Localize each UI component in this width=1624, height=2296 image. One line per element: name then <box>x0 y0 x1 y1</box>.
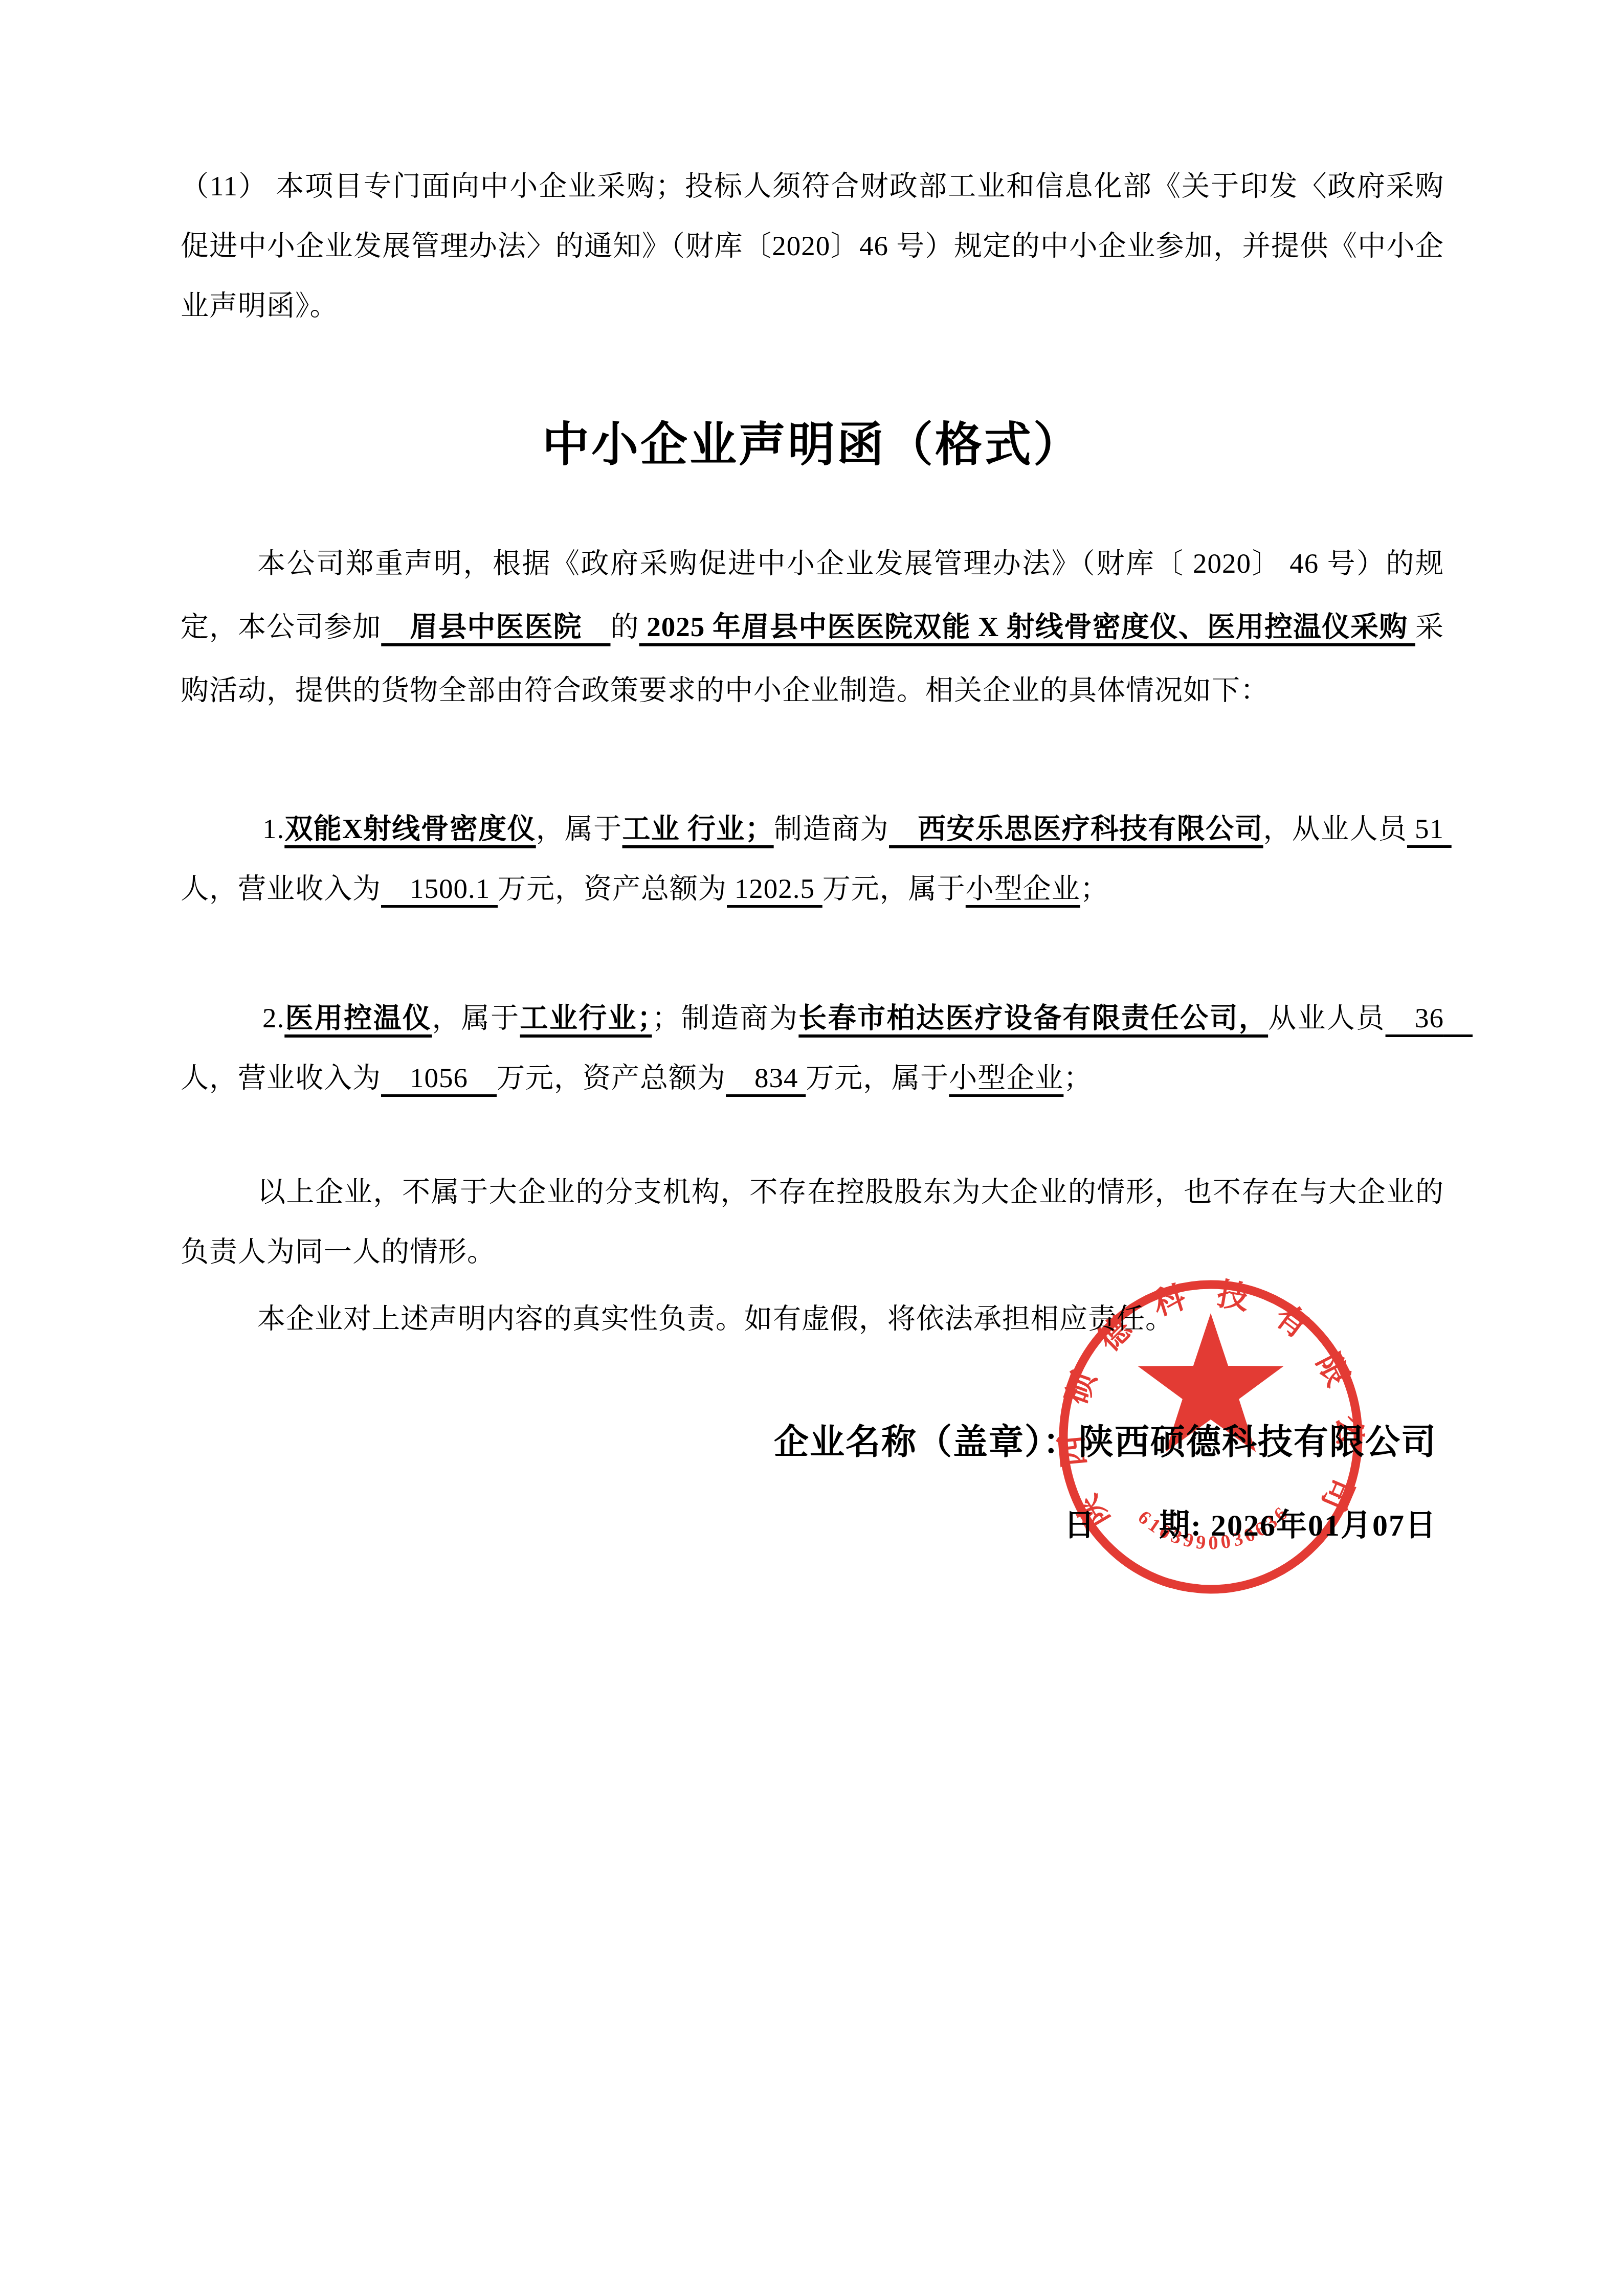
text-run: 制造商为 <box>774 813 889 844</box>
text-run: ，属于 <box>536 813 622 844</box>
declaration-paragraph: 本公司郑重声明，根据《政府采购促进中小企业发展管理办法》（财库〔 2020〕 4… <box>181 532 1444 722</box>
text-run: 51 <box>1407 813 1452 844</box>
text-run: 万元，属于 <box>806 1062 949 1093</box>
text-run: 长春市柏达医疗设备有限责任公司， <box>798 1002 1268 1033</box>
text-run: 万元，属于 <box>822 873 966 904</box>
text-run: 双能X射线骨密度仪 <box>284 813 536 844</box>
text-run: 西安乐思医疗科技有限公司 <box>889 813 1263 844</box>
text-run: 1202.5 <box>727 873 822 904</box>
text-run: 工业 行业； <box>622 813 774 844</box>
text-run: 小型企业 <box>949 1062 1063 1093</box>
text-run: 小型企业 <box>966 873 1080 904</box>
text-run: 1500.1 <box>381 873 498 904</box>
document-page: （11） 本项目专门面向中小企业采购；投标人须符合财政部工业和信息化部《关于印发… <box>0 0 1624 2296</box>
company-seal-stamp-icon: 陕西硕德科技有限公司 6103990030636 <box>1047 1268 1374 1606</box>
text-run: 36 <box>1386 1002 1473 1033</box>
text-run: 1056 <box>381 1062 497 1093</box>
text-run: 2025 年眉县中医医院双能 X 射线骨密度仪、医用控温仪采购 <box>639 611 1415 642</box>
item-1-paragraph: 1.双能X射线骨密度仪，属于工业 行业；制造商为 西安乐思医疗科技有限公司，从业… <box>181 799 1444 918</box>
no-affiliation-paragraph: 以上企业，不属于大企业的分支机构，不存在控股股东为大企业的情形，也不存在与大企业… <box>181 1162 1444 1281</box>
text-run: 工业行业； <box>520 1002 652 1033</box>
text-run: ； <box>1080 873 1109 904</box>
text-run: ；制造商为 <box>652 1002 798 1033</box>
page-title: 中小企业声明函（格式） <box>181 409 1444 481</box>
text-run: 医用控温仪 <box>284 1002 432 1033</box>
item-2-paragraph: 2.医用控温仪，属于工业行业；；制造商为长春市柏达医疗设备有限责任公司，从业人员… <box>181 988 1444 1108</box>
text-run: 1. <box>262 813 284 844</box>
seal-number-text: 6103990030636 <box>1134 1503 1292 1554</box>
text-run: ，从业人员 <box>1263 813 1407 844</box>
text-run: ； <box>1063 1062 1092 1093</box>
text-run: 人，营业收入为 <box>181 873 381 904</box>
text-run: 的 <box>611 611 639 642</box>
text-run: 以上企业，不属于大企业的分支机构，不存在控股股东为大企业的情形，也不存在与大企业… <box>181 1176 1444 1267</box>
text-run: 本企业对上述声明内容的真实性负责。如有虚假，将依法承担相应责任。 <box>257 1303 1174 1334</box>
text-run: 万元，资产总额为 <box>497 1062 726 1093</box>
text-run: 834 <box>726 1062 806 1093</box>
text-run: 万元，资产总额为 <box>498 873 727 904</box>
seal-star-icon <box>1138 1313 1283 1452</box>
text-run: 眉县中医医院 <box>381 611 610 642</box>
text-run: 从业人员 <box>1268 1002 1385 1033</box>
intro-paragraph: （11） 本项目专门面向中小企业采购；投标人须符合财政部工业和信息化部《关于印发… <box>181 156 1444 335</box>
text-run: ，属于 <box>432 1002 520 1033</box>
text-run: 2. <box>262 1002 284 1033</box>
text-run: 人，营业收入为 <box>181 1062 381 1093</box>
